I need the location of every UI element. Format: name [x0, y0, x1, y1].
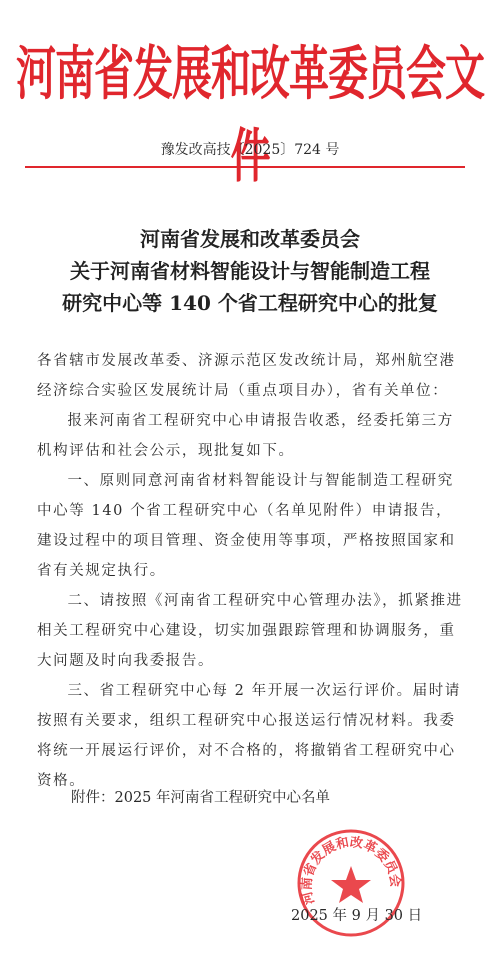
issue-date: 2025 年 9 月 30 日 [291, 904, 422, 925]
attachment-note: 附件：2025 年河南省工程研究中心名单 [71, 786, 330, 807]
document-red-header: 河南省发展和改革委员会文件 [0, 28, 500, 193]
red-divider [25, 166, 465, 168]
item-1-paragraph: 一、原则同意河南省材料智能设计与智能制造工程研究中心等 140 个省工程研究中心… [37, 466, 465, 586]
star-icon [331, 866, 371, 903]
item-3-paragraph: 三、省工程研究中心每 2 年开展一次运行评价。届时请按照有关要求，组织工程研究中… [37, 676, 465, 796]
document-body: 各省辖市发展改革委、济源示范区发改统计局，郑州航空港经济综合实验区发展统计局（重… [37, 346, 465, 796]
document-page: 河南省发展和改革委员会文件 豫发改高技〔2025〕724 号 河南省发展和改革委… [0, 0, 500, 954]
title-line-1: 河南省发展和改革委员会 [0, 223, 500, 255]
title-line-2: 关于河南省材料智能设计与智能制造工程 [0, 255, 500, 287]
title-line-3: 研究中心等 140 个省工程研究中心的批复 [0, 287, 500, 319]
intro-paragraph: 报来河南省工程研究中心申请报告收悉，经委托第三方机构评估和社会公示，现批复如下。 [37, 406, 465, 466]
document-title: 河南省发展和改革委员会 关于河南省材料智能设计与智能制造工程 研究中心等 140… [0, 223, 500, 319]
addressee: 各省辖市发展改革委、济源示范区发改统计局，郑州航空港经济综合实验区发展统计局（重… [37, 346, 465, 406]
item-2-paragraph: 二、请按照《河南省工程研究中心管理办法》，抓紧推进相关工程研究中心建设，切实加强… [37, 586, 465, 676]
document-number: 豫发改高技〔2025〕724 号 [0, 139, 500, 159]
